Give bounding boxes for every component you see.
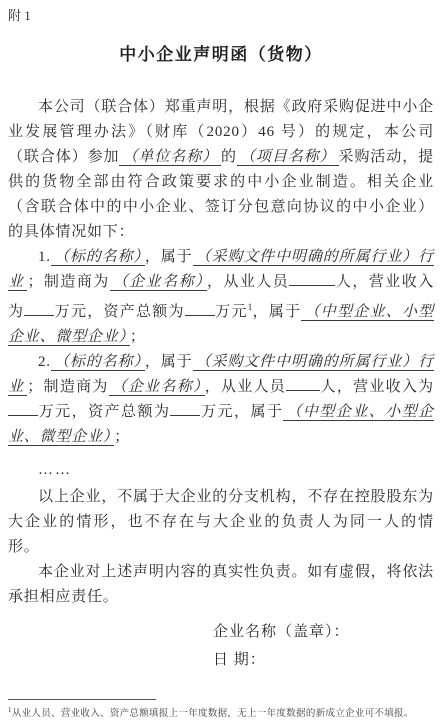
intro-paragraph: 本公司（联合体）郑重声明，根据《政府采购促进中小企业发展管理办法》（财库（202… xyxy=(8,95,434,245)
responsibility-paragraph: 本企业对上述声明内容的真实性负责。如有虚假，将依法承担相应责任。 xyxy=(8,560,434,610)
text-run: ； xyxy=(130,329,146,345)
text-run: 1. xyxy=(38,249,51,265)
text-run: ，属于 xyxy=(145,249,193,265)
blank-fill-line xyxy=(8,401,38,416)
attachment-label: 附 1 xyxy=(8,8,434,24)
text-run: ； xyxy=(114,429,130,445)
placeholder-text: （企业名称） xyxy=(110,274,207,291)
ellipsis-paragraph: …… xyxy=(8,458,434,483)
footnote-divider xyxy=(8,699,156,700)
text-run: ，从业人员 xyxy=(205,379,286,395)
footnote-area: 1从业人员、营业收入、资产总额填报上一年度数据，无上一年度数据的新成立企业可不填… xyxy=(8,699,434,721)
footnote-text: 从业人员、营业收入、资产总额填报上一年度数据，无上一年度数据的新成立企业可不填报… xyxy=(12,709,414,719)
blank-fill-line xyxy=(24,301,54,316)
blank-fill-line xyxy=(289,271,335,286)
text-run: 的 xyxy=(221,149,237,165)
placeholder-text: （标的名称） xyxy=(51,354,145,371)
blank-fill-line xyxy=(185,301,215,316)
text-run: 万元，资产总额为 xyxy=(54,304,184,320)
document-title: 中小企业声明函（货物） xyxy=(8,40,434,65)
placeholder-text: （企业名称） xyxy=(109,379,205,396)
text-run: …… xyxy=(38,462,72,478)
footnote-line: 1从业人员、营业收入、资产总额填报上一年度数据，无上一年度数据的新成立企业可不填… xyxy=(8,704,434,721)
blank-fill-line xyxy=(286,376,320,391)
item-2-paragraph: 2.（标的名称），属于（采购文件中明确的所属行业）行业；制造商为（企业名称），从… xyxy=(8,350,434,450)
text-run: 万元 xyxy=(215,304,248,320)
text-run: 万元，资产总额为 xyxy=(38,404,170,420)
text-run: 以上企业，不属于大企业的分支机构，不存在控股股东为大企业的情形，也不存在与大企业… xyxy=(8,489,434,555)
company-seal-line: 企业名称（盖章）： xyxy=(213,618,434,646)
document-page: 附 1 中小企业声明函（货物） 本公司（联合体）郑重声明，根据《政府采购促进中小… xyxy=(0,0,442,726)
text-run: ，属于 xyxy=(145,354,193,370)
text-run: ；制造商为 xyxy=(27,379,108,395)
signature-block: 企业名称（盖章）： 日 期： xyxy=(213,618,434,674)
document-body: 本公司（联合体）郑重声明，根据《政府采购促进中小企业发展管理办法》（财库（202… xyxy=(8,95,434,610)
placeholder-text: （单位名称） xyxy=(119,149,221,166)
text-run: ，属于 xyxy=(252,304,301,320)
text-run: 人，营业收入为 xyxy=(320,379,434,395)
text-run: 万元，属于 xyxy=(200,404,283,420)
placeholder-text: （项目名称） xyxy=(237,149,339,166)
no-branch-paragraph: 以上企业，不属于大企业的分支机构，不存在控股股东为大企业的情形，也不存在与大企业… xyxy=(8,485,434,560)
text-run: 2. xyxy=(38,354,51,370)
text-run: ，从业人员 xyxy=(207,274,289,290)
item-1-paragraph: 1.（标的名称），属于（采购文件中明确的所属行业）行业；制造商为（企业名称），从… xyxy=(8,245,434,350)
blank-fill-line xyxy=(170,401,200,416)
placeholder-text: （标的名称） xyxy=(51,249,145,266)
text-run: ；制造商为 xyxy=(27,274,109,290)
text-run: 本企业对上述声明内容的真实性负责。如有虚假，将依法承担相应责任。 xyxy=(8,564,434,605)
date-line: 日 期： xyxy=(213,646,434,674)
